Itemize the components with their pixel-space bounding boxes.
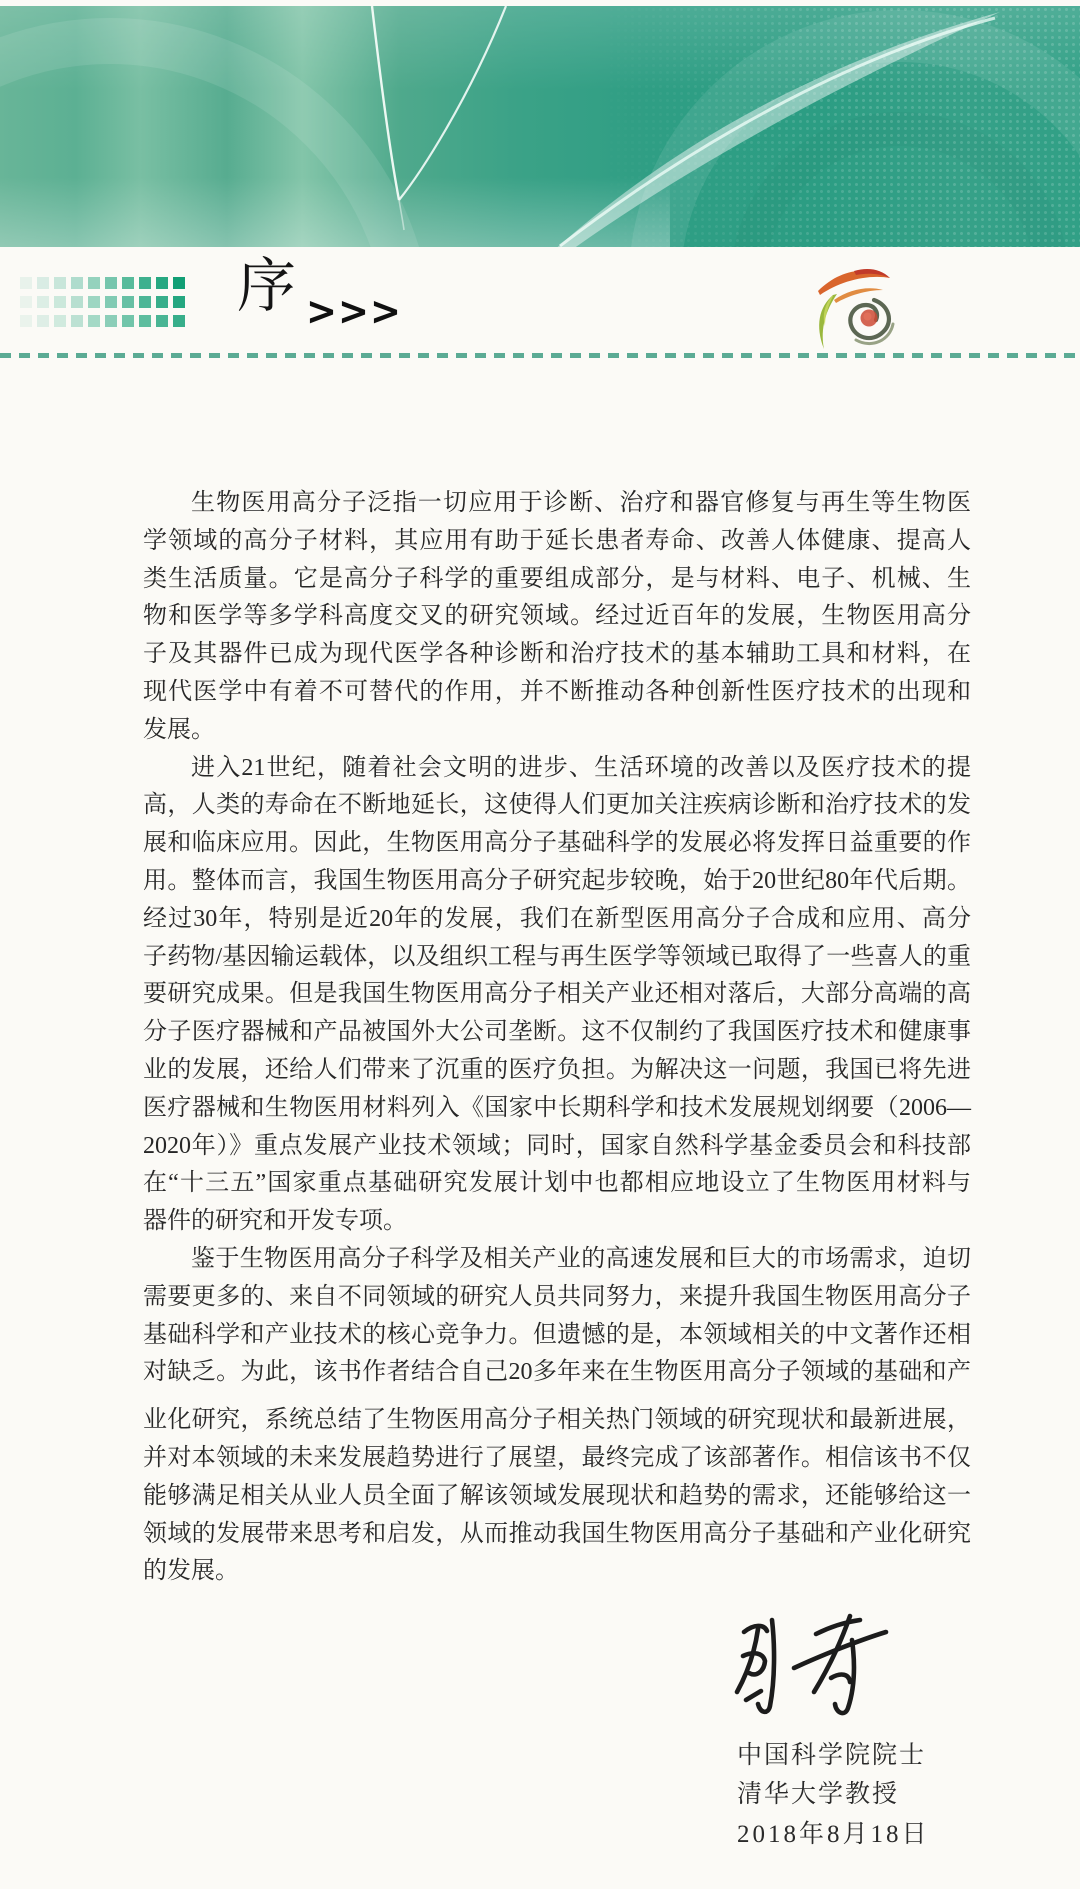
grid-square [105, 296, 117, 308]
grid-square [173, 315, 185, 327]
text-line: 分子医疗器械和产品被国外大公司垄断。这不仅制约了我国医疗技术和健康事 [143, 1014, 971, 1052]
grid-square [71, 277, 83, 289]
fading-square-grid-icon [20, 277, 185, 327]
grid-square [156, 277, 168, 289]
text-line: 现代医学中有着不可替代的作用，并不断推动各种创新性医疗技术的出现和 [143, 674, 971, 712]
text-line: 高，人类的寿命在不断地延长，这使得人们更加关注疾病诊断和治疗技术的发 [143, 787, 971, 825]
grid-square [173, 277, 185, 289]
grid-square [54, 315, 66, 327]
grid-square [88, 277, 100, 289]
page-title: 序 [237, 254, 298, 319]
text-line: 子药物/基因输运载体，以及组织工程与再生医学等领域已取得了一些喜人的重 [143, 939, 971, 977]
signature-title-line: 清华大学教授 [737, 1775, 1037, 1814]
text-line: 器件的研究和开发专项。 [143, 1203, 971, 1241]
grid-square [122, 296, 134, 308]
grid-square [71, 315, 83, 327]
signature-title-line: 中国科学院院士 [737, 1736, 1037, 1775]
text-line: 经过30年，特别是近20年的发展，我们在新型医用高分子合成和应用、高分 [143, 901, 971, 939]
grid-square [54, 296, 66, 308]
signature-date: 2018年8月18日 [737, 1815, 1037, 1854]
publisher-swirl-logo-icon [806, 258, 908, 361]
text-line: 需要更多的、来自不同领域的研究人员共同努力，来提升我国生物医用高分子 [143, 1279, 971, 1317]
text-line: 类生活质量。它是高分子科学的重要组成部分，是与材料、电子、机械、生 [143, 561, 971, 599]
text-line: 发展。 [143, 712, 971, 750]
paragraph: 业化研究，系统总结了生物医用高分子相关热门领域的研究现状和最新进展，并对本领域的… [143, 1402, 971, 1591]
grid-square [20, 315, 32, 327]
swoosh-lines-decoration [0, 6, 1080, 247]
text-line: 业化研究，系统总结了生物医用高分子相关热门领域的研究现状和最新进展， [143, 1402, 971, 1440]
grid-square [122, 315, 134, 327]
dashed-divider [0, 353, 1080, 358]
text-line: 鉴于生物医用高分子科学及相关产业的高速发展和巨大的市场需求，迫切 [143, 1241, 971, 1279]
paragraph: 鉴于生物医用高分子科学及相关产业的高速发展和巨大的市场需求，迫切需要更多的、来自… [143, 1241, 971, 1392]
preface-page: 序 >>> 生物医用高分子泛指一切应用于诊断、治疗和器官修复与再生等生物医学领域… [0, 0, 1080, 1889]
grid-square [88, 296, 100, 308]
text-line: 用。整体而言，我国生物医用高分子研究起步较晚，始于20世纪80年代后期。 [143, 863, 971, 901]
text-line: 的发展。 [143, 1553, 971, 1591]
text-line: 医疗器械和生物医用材料列入《国家中长期科学和技术发展规划纲要（2006— [143, 1090, 971, 1128]
grid-square [71, 296, 83, 308]
paragraph: 进入21世纪，随着社会文明的进步、生活环境的改善以及医疗技术的提高，人类的寿命在… [143, 750, 971, 1241]
grid-square [122, 277, 134, 289]
text-line: 并对本领域的未来发展趋势进行了展望，最终完成了该部著作。相信该书不仅 [143, 1440, 971, 1478]
grid-square [105, 277, 117, 289]
grid-square [37, 296, 49, 308]
text-line: 学领域的高分子材料，其应用有助于延长患者寿命、改善人体健康、提高人 [143, 523, 971, 561]
text-line: 进入21世纪，随着社会文明的进步、生活环境的改善以及医疗技术的提 [143, 750, 971, 788]
grid-square [37, 277, 49, 289]
grid-square [88, 315, 100, 327]
text-line: 生物医用高分子泛指一切应用于诊断、治疗和器官修复与再生等生物医 [143, 485, 971, 523]
grid-square [139, 296, 151, 308]
grid-square [105, 315, 117, 327]
text-line: 要研究成果。但是我国生物医用高分子相关产业还相对落后，大部分高端的高 [143, 976, 971, 1014]
grid-square [37, 315, 49, 327]
text-line: 基础科学和产业技术的核心竞争力。但遗憾的是，本领域相关的中文著作还相 [143, 1317, 971, 1355]
paragraph: 生物医用高分子泛指一切应用于诊断、治疗和器官修复与再生等生物医学领域的高分子材料… [143, 485, 971, 750]
text-line: 业的发展，还给人们带来了沉重的医疗负担。为解决这一问题，我国已将先进 [143, 1052, 971, 1090]
text-line: 物和医学等多学科高度交叉的研究领域。经过近百年的发展，生物医用高分 [143, 598, 971, 636]
handwritten-signature-icon [728, 1612, 893, 1737]
preface-body: 生物医用高分子泛指一切应用于诊断、治疗和器官修复与再生等生物医学领域的高分子材料… [143, 485, 971, 1591]
triple-chevron-right-icon: >>> [306, 289, 402, 334]
text-line: 展和临床应用。因此，生物医用高分子基础科学的发展必将发挥日益重要的作 [143, 825, 971, 863]
text-line: 领域的发展带来思考和启发，从而推动我国生物医用高分子基础和产业化研究 [143, 1516, 971, 1554]
text-line: 子及其器件已成为现代医学各种诊断和治疗技术的基本辅助工具和材料，在 [143, 636, 971, 674]
grid-square [139, 277, 151, 289]
grid-square [156, 296, 168, 308]
text-line: 对缺乏。为此，该书作者结合自己20多年来在生物医用高分子领域的基础和产 [143, 1354, 971, 1392]
grid-square [54, 277, 66, 289]
grid-square [156, 315, 168, 327]
text-line: 能够满足相关从业人员全面了解该领域发展现状和趋势的需求，还能够给这一 [143, 1478, 971, 1516]
text-line: 2020年）》重点发展产业技术领域；同时，国家自然科学基金委员会和科技部 [143, 1128, 971, 1166]
grid-square [173, 296, 185, 308]
text-line: 在“十三五”国家重点基础研究发展计划中也都相应地设立了生物医用材料与 [143, 1165, 971, 1203]
signature-block: 中国科学院院士 清华大学教授 2018年8月18日 [737, 1736, 1037, 1854]
grid-square [20, 277, 32, 289]
grid-square [139, 315, 151, 327]
grid-square [20, 296, 32, 308]
header-band [0, 6, 1080, 247]
